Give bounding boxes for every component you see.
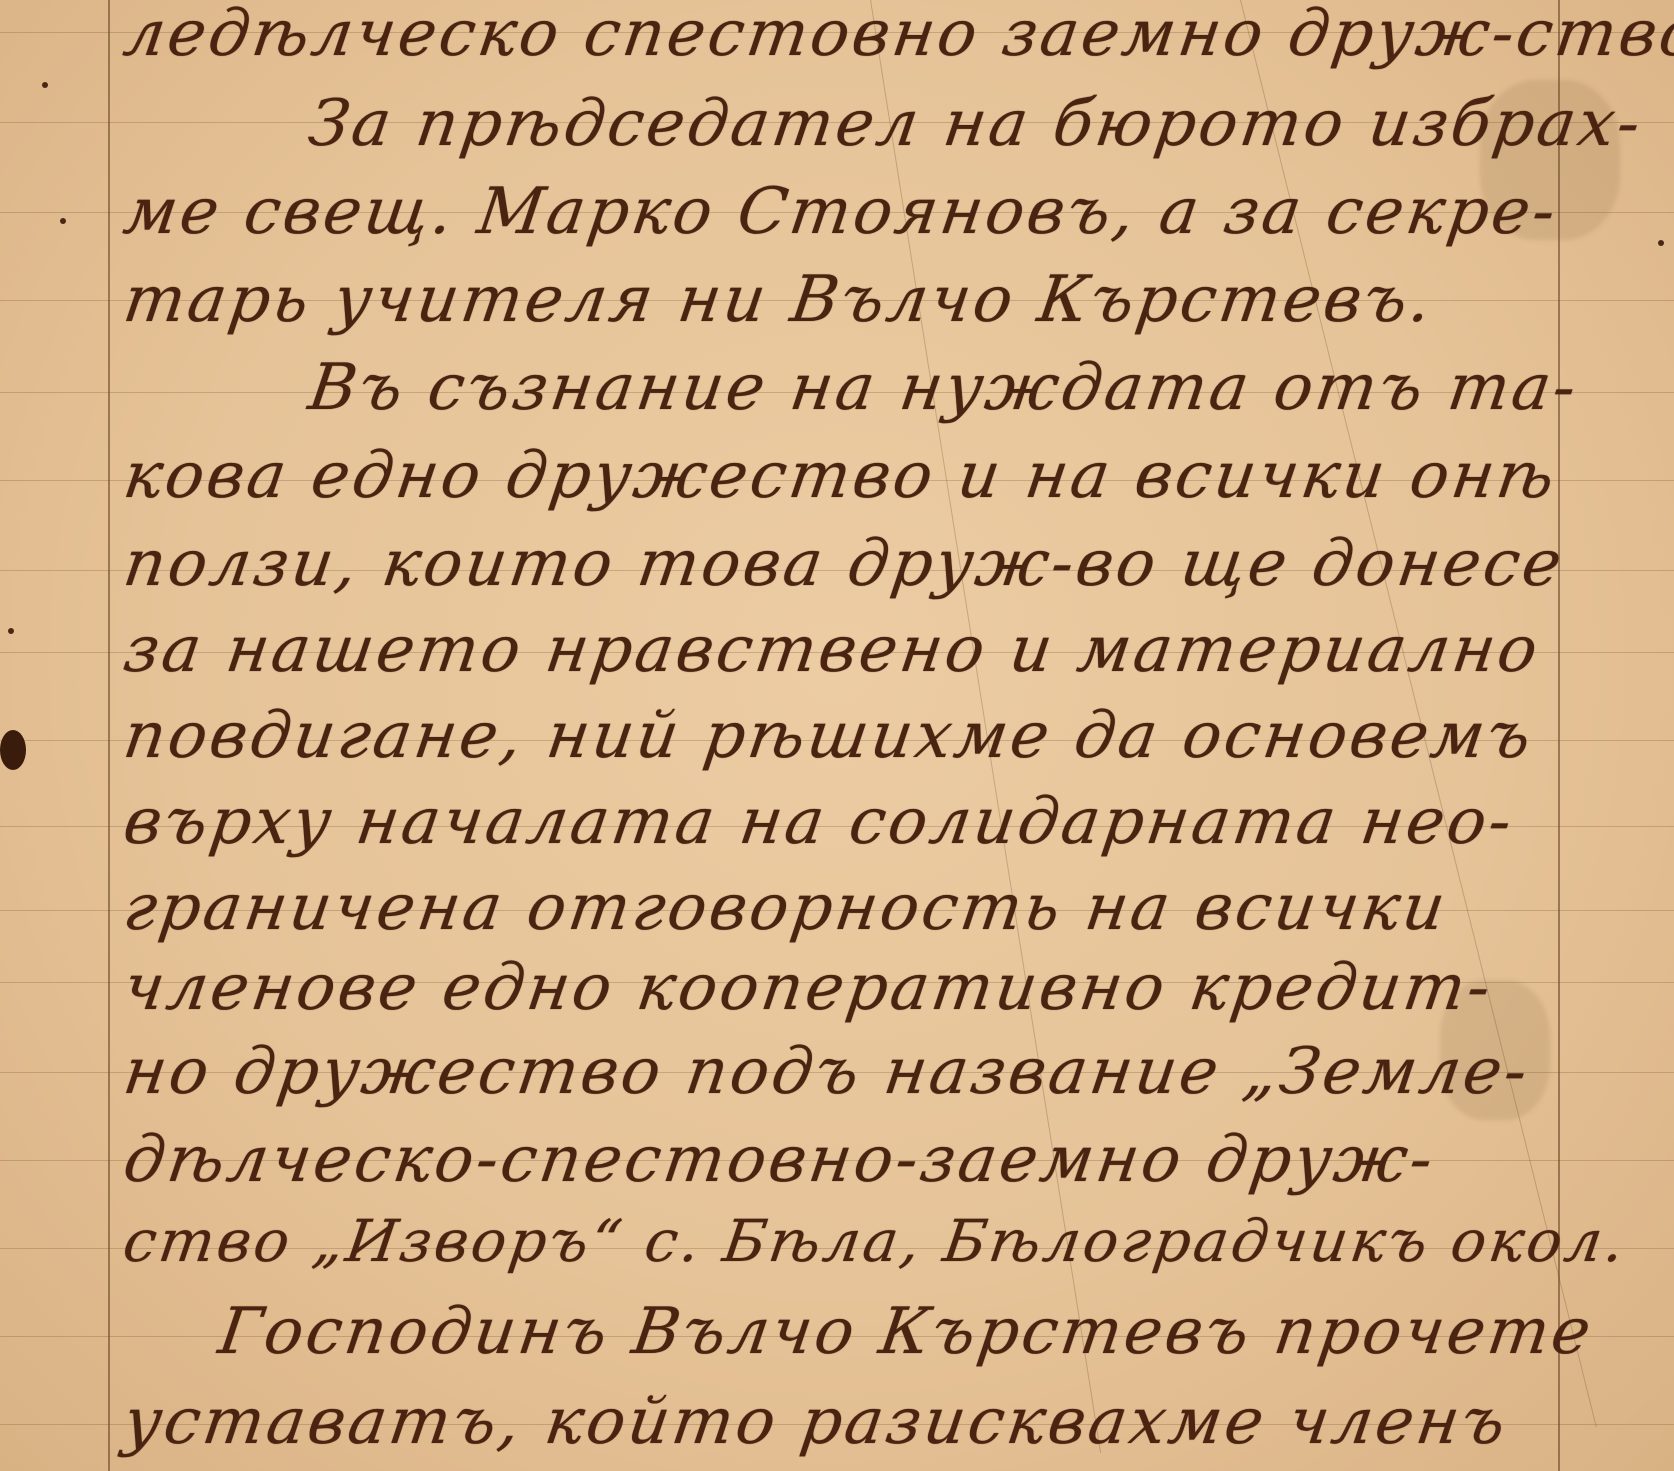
- manuscript-line: дѣлческо-спестовно-заемно друж-: [120, 1128, 1569, 1192]
- manuscript-page: ледѣлческо спестовно заемно друж-ство За…: [0, 0, 1674, 1471]
- manuscript-line: повдигане, ний рѣшихме да основемъ: [120, 704, 1569, 768]
- manuscript-line: тарь учителя ни Вълчо Кърстевъ.: [120, 268, 1569, 332]
- manuscript-line: върху началата на солидарната нео-: [120, 790, 1569, 854]
- manuscript-line: за нашето нравствено и материално: [120, 618, 1569, 682]
- manuscript-line: Въ съзнание на нуждата отъ та-: [120, 356, 1569, 420]
- manuscript-line: ползи, които това друж-во ще донесе: [120, 532, 1569, 596]
- manuscript-line: ство „Изворъ“ с. Бѣла, Бѣлоградчикъ окол…: [120, 1212, 1568, 1270]
- manuscript-line: граничена отговорность на всички: [120, 876, 1569, 940]
- manuscript-line: Господинъ Вълчо Кърстевъ прочете: [120, 1300, 1569, 1364]
- manuscript-line: уставатъ, който разисквахме членъ: [120, 1390, 1569, 1454]
- manuscript-line: ме свещ. Марко Стояновъ, а за секре-: [120, 180, 1569, 244]
- ink-dot: [60, 218, 66, 224]
- manuscript-line: кова едно дружество и на всички онѣ: [120, 444, 1569, 508]
- manuscript-line: членове едно кооперативно кредит-: [120, 956, 1569, 1020]
- ink-dot: [8, 628, 14, 634]
- manuscript-line: За прѣдседател на бюрото избрах-: [120, 92, 1569, 156]
- ink-dot: [1658, 240, 1664, 246]
- left-margin-rule: [108, 0, 110, 1471]
- ink-blot: [0, 730, 26, 770]
- manuscript-line: ледѣлческо спестовно заемно друж-ство: [120, 2, 1569, 66]
- manuscript-line: но дружество подъ название „Земле-: [120, 1040, 1569, 1104]
- ink-dot: [42, 82, 48, 88]
